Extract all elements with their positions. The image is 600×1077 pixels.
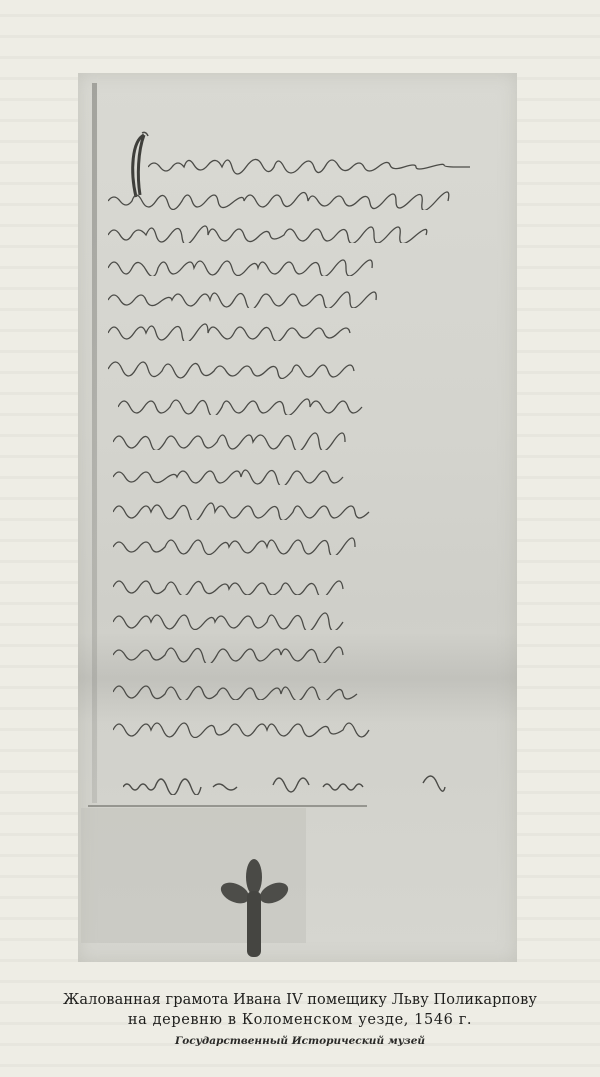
figure-caption-source: Государственный Исторический музей [0, 1035, 600, 1047]
script-line-6 [108, 319, 468, 341]
seal-cord-trefoil-icon [220, 851, 290, 959]
script-line-1 [148, 153, 473, 175]
script-line-2 [108, 188, 483, 210]
script-line-9 [113, 428, 473, 450]
script-line-3 [108, 221, 483, 243]
script-line-11 [113, 498, 483, 520]
script-line-12 [113, 533, 478, 555]
script-line-14 [113, 608, 468, 630]
script-line-15 [113, 641, 473, 663]
document-fold-line [88, 805, 367, 807]
script-line-17 [113, 716, 478, 738]
script-line-10 [113, 463, 473, 485]
script-line-7 [108, 357, 463, 379]
script-line-18 [123, 773, 463, 795]
manuscript-left-edge-strip [92, 83, 97, 803]
figure-caption-subtitle: на деревню в Коломенском уезде, 1546 г. [0, 1012, 600, 1028]
manuscript-photograph [78, 73, 517, 962]
figure-caption-title: Жалованная грамота Ивана IV помещику Льв… [0, 992, 600, 1008]
script-line-4 [108, 254, 468, 276]
script-line-5 [108, 286, 468, 308]
script-line-16 [113, 678, 478, 700]
script-line-13 [113, 573, 473, 595]
script-line-8 [118, 393, 468, 415]
